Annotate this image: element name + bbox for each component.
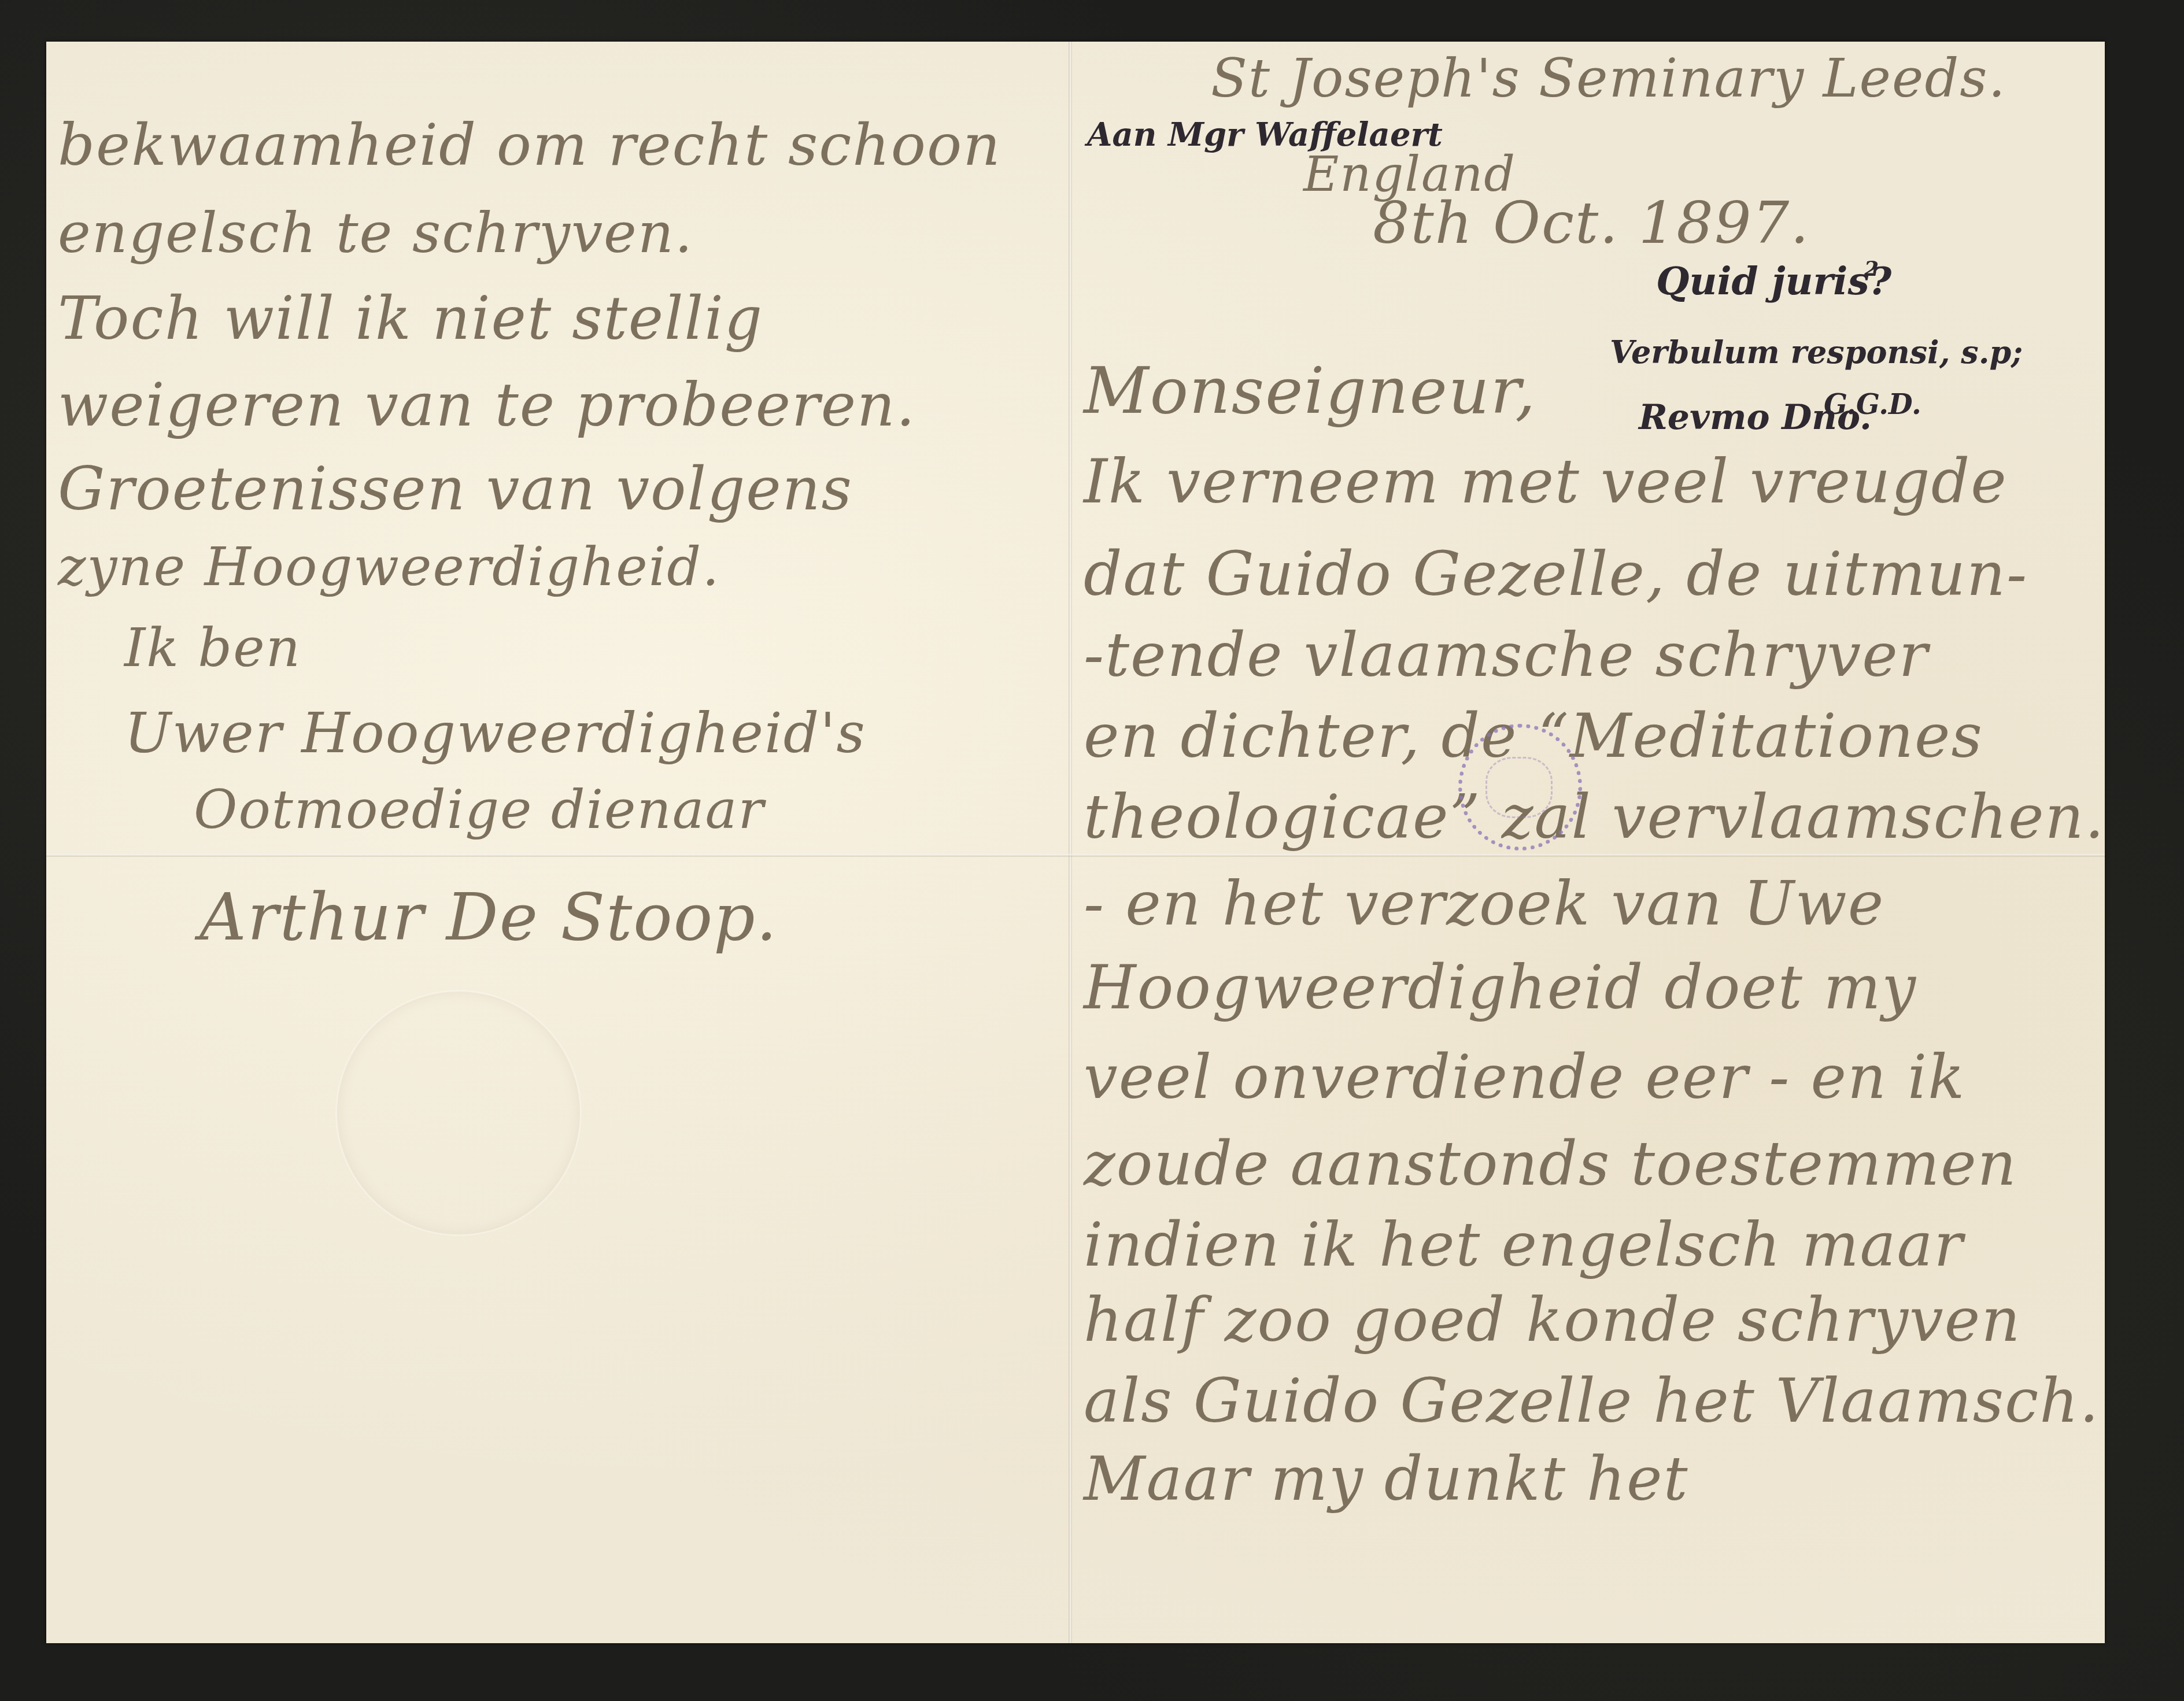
left-line-2: engelsch te schryven. — [58, 201, 693, 265]
left-line-5: Groetenissen van volgens — [58, 455, 853, 524]
salutation: Monseigneur, — [1084, 354, 1536, 428]
recipient-annotation: Aan Mgr Waffelaert — [1087, 116, 1443, 154]
left-line-3: Toch will ik niet stellig — [58, 284, 763, 353]
right-line-13: Maar my dunkt het — [1084, 1444, 1688, 1514]
right-page: St Joseph's Seminary Leeds. England 8th … — [1072, 42, 2105, 1643]
embossed-seal — [335, 990, 582, 1236]
left-line-7: Ik ben — [124, 617, 301, 679]
left-line-9: Ootmoedige dienaar — [194, 779, 764, 841]
right-line-12: als Guido Gezelle het Vlaamsch. — [1084, 1366, 2100, 1436]
right-line-6: - en het verzoek van Uwe — [1084, 868, 1884, 939]
right-line-5: theologicae” zal vervlaamschen. — [1084, 782, 2105, 852]
right-line-3: -tende vlaamsche schryver — [1084, 620, 1929, 690]
left-page: bekwaamheid om recht schoon engelsch te … — [46, 42, 1069, 1643]
right-line-2: dat Guido Gezelle, de uitmun- — [1084, 539, 2028, 609]
right-line-11: half zoo goed konde schryven — [1084, 1285, 2021, 1355]
right-line-7: Hoogweerdigheid doet my — [1084, 952, 1917, 1023]
address-line-1: St Joseph's Seminary Leeds. — [1211, 47, 2006, 109]
letter-sheet: bekwaamheid om recht schoon engelsch te … — [46, 42, 2105, 1643]
superscript-annotation: 2 — [1864, 257, 1879, 281]
reply-annotation: Verbulum responsi, s.p; — [1610, 334, 2023, 371]
signature: Arthur De Stoop. — [199, 880, 778, 955]
left-line-1: bekwaamheid om recht schoon — [58, 111, 1002, 179]
left-line-6: zyne Hoogweerdigheid. — [58, 536, 720, 598]
left-line-8: Uwer Hoogweerdigheid's — [124, 701, 866, 766]
right-line-10: indien ik het engelsch maar — [1084, 1210, 1964, 1280]
letter-date: 8th Oct. 1897. — [1373, 189, 1810, 257]
stamp-emblem-icon — [1485, 757, 1553, 818]
right-line-8: veel onverdiende eer - en ik — [1084, 1042, 1965, 1112]
query-annotation: Quid juris? — [1656, 258, 1891, 304]
right-line-1: Ik verneem met veel vreugde — [1084, 446, 2008, 517]
right-line-9: zoude aanstonds toestemmen — [1084, 1129, 2017, 1199]
violet-ink-stamp — [1458, 724, 1582, 850]
initials-annotation: G.G.D. — [1824, 389, 1921, 421]
left-line-4: weigeren van te probeeren. — [58, 371, 916, 440]
